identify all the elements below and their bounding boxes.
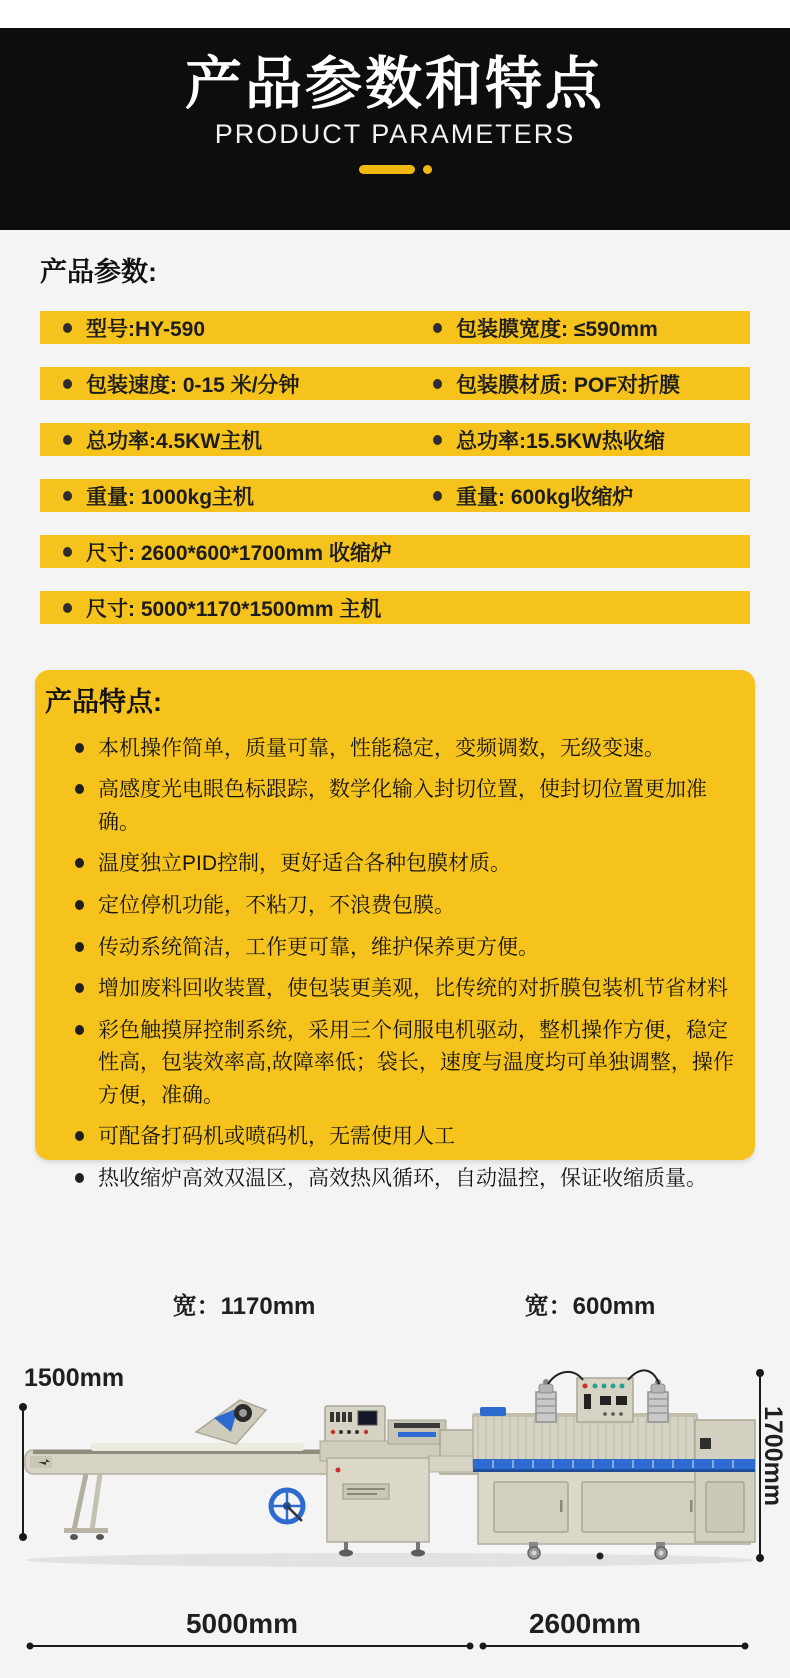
- parameters-heading: 产品参数:: [40, 256, 750, 288]
- feature-item: 本机操作简单，质量可靠，性能稳定，变频调数，无级变速。: [75, 733, 737, 766]
- bullet-icon: [75, 942, 84, 952]
- machine-dimensions-figure: 宽：1170mm 宽：600mm 1500mm 1700mm 5000mm 26…: [0, 1280, 790, 1678]
- feature-item: 定位停机功能，不粘刀，不浪费包膜。: [75, 890, 737, 923]
- param-row-machine-size: 尺寸: 5000*1170*1500mm 主机: [40, 591, 750, 624]
- bullet-icon: [433, 491, 442, 501]
- feature-item: 传动系统简洁，工作更可靠，维护保养更方便。: [75, 932, 737, 965]
- param-text: 重量: 600kg收缩炉: [456, 481, 633, 511]
- bullet-icon: [75, 983, 84, 993]
- param-cell: 包装膜宽度: ≤590mm: [433, 313, 750, 343]
- param-cell: 总功率:15.5KW热收缩: [433, 425, 750, 455]
- page-header: 产品参数和特点 PRODUCT PARAMETERS: [0, 28, 790, 230]
- bullet-icon: [63, 603, 72, 613]
- dash-icon: [359, 165, 415, 174]
- bullet-icon: [75, 743, 84, 753]
- bullet-icon: [63, 323, 72, 333]
- feature-text: 温度独立PID控制，更好适合各种包膜材质。: [98, 848, 511, 881]
- feature-item: 高感度光电眼色标跟踪，数学化输入封切位置，使封切位置更加准确。: [75, 774, 737, 839]
- bullet-icon: [433, 323, 442, 333]
- param-row-speed-filmmaterial: 包装速度: 0-15 米/分钟 包装膜材质: POF对折膜: [40, 367, 750, 400]
- bullet-icon: [75, 1131, 84, 1141]
- param-text: 包装膜材质: POF对折膜: [456, 369, 680, 399]
- param-text: 包装膜宽度: ≤590mm: [456, 313, 658, 343]
- machine-illustration: [0, 1280, 790, 1678]
- page-title: 产品参数和特点: [185, 56, 605, 113]
- dot-icon: [423, 165, 432, 174]
- param-cell: 型号:HY-590: [40, 313, 433, 343]
- feature-text: 彩色触摸屏控制系统，采用三个伺服电机驱动，整机操作方便，稳定性高，包装效率高,故…: [98, 1015, 737, 1113]
- param-text: 总功率:4.5KW主机: [86, 425, 262, 455]
- param-text: 包装速度: 0-15 米/分钟: [86, 369, 300, 399]
- feature-text: 增加废料回收装置，使包装更美观，比传统的对折膜包装机节省材料: [98, 973, 728, 1006]
- feature-text: 热收缩炉高效双温区，高效热风循环，自动温控，保证收缩质量。: [98, 1163, 707, 1196]
- param-cell: 尺寸: 2600*600*1700mm 收缩炉: [40, 537, 433, 567]
- feature-text: 可配备打码机或喷码机，无需使用人工: [98, 1121, 455, 1154]
- top-white-strip: [0, 0, 790, 28]
- param-row-model-filmwidth: 型号:HY-590 包装膜宽度: ≤590mm: [40, 311, 750, 344]
- bullet-icon: [75, 1173, 84, 1183]
- feature-item: 热收缩炉高效双温区，高效热风循环，自动温控，保证收缩质量。: [75, 1163, 737, 1196]
- bullet-icon: [433, 435, 442, 445]
- param-text: 总功率:15.5KW热收缩: [456, 425, 665, 455]
- feature-text: 高感度光电眼色标跟踪，数学化输入封切位置，使封切位置更加准确。: [98, 774, 737, 839]
- bullet-icon: [75, 1025, 84, 1035]
- bullet-icon: [75, 858, 84, 868]
- feature-text: 本机操作简单，质量可靠，性能稳定，变频调数，无级变速。: [98, 733, 665, 766]
- param-text: 型号:HY-590: [86, 313, 205, 343]
- feature-item: 彩色触摸屏控制系统，采用三个伺服电机驱动，整机操作方便，稳定性高，包装效率高,故…: [75, 1015, 737, 1113]
- parameters-section: 产品参数: 型号:HY-590 包装膜宽度: ≤590mm 包装速度: 0-15…: [0, 256, 790, 1160]
- features-heading: 产品特点:: [45, 686, 737, 718]
- param-cell: 包装速度: 0-15 米/分钟: [40, 369, 433, 399]
- bullet-icon: [75, 900, 84, 910]
- feature-text: 定位停机功能，不粘刀，不浪费包膜。: [98, 890, 455, 923]
- feature-item: 增加废料回收装置，使包装更美观，比传统的对折膜包装机节省材料: [75, 973, 737, 1006]
- param-row-tunnel-size: 尺寸: 2600*600*1700mm 收缩炉: [40, 535, 750, 568]
- features-box: 产品特点: 本机操作简单，质量可靠，性能稳定，变频调数，无级变速。 高感度光电眼…: [35, 670, 755, 1160]
- bullet-icon: [63, 547, 72, 557]
- param-cell: 包装膜材质: POF对折膜: [433, 369, 750, 399]
- bullet-icon: [63, 491, 72, 501]
- bullet-icon: [63, 435, 72, 445]
- features-list: 本机操作简单，质量可靠，性能稳定，变频调数，无级变速。 高感度光电眼色标跟踪，数…: [45, 733, 737, 1196]
- bullet-icon: [433, 379, 442, 389]
- param-row-power: 总功率:4.5KW主机 总功率:15.5KW热收缩: [40, 423, 750, 456]
- title-underline-decoration: [359, 165, 432, 174]
- param-cell: 重量: 600kg收缩炉: [433, 481, 750, 511]
- param-text: 重量: 1000kg主机: [86, 481, 254, 511]
- param-cell: 重量: 1000kg主机: [40, 481, 433, 511]
- param-text: 尺寸: 5000*1170*1500mm 主机: [86, 593, 381, 623]
- page-subtitle: PRODUCT PARAMETERS: [215, 121, 576, 148]
- param-cell: 总功率:4.5KW主机: [40, 425, 433, 455]
- feature-item: 可配备打码机或喷码机，无需使用人工: [75, 1121, 737, 1154]
- feature-text: 传动系统简洁，工作更可靠，维护保养更方便。: [98, 932, 539, 965]
- bullet-icon: [75, 784, 84, 794]
- param-cell: 尺寸: 5000*1170*1500mm 主机: [40, 593, 433, 623]
- bullet-icon: [63, 379, 72, 389]
- feature-item: 温度独立PID控制，更好适合各种包膜材质。: [75, 848, 737, 881]
- param-row-weight: 重量: 1000kg主机 重量: 600kg收缩炉: [40, 479, 750, 512]
- param-text: 尺寸: 2600*600*1700mm 收缩炉: [86, 537, 392, 567]
